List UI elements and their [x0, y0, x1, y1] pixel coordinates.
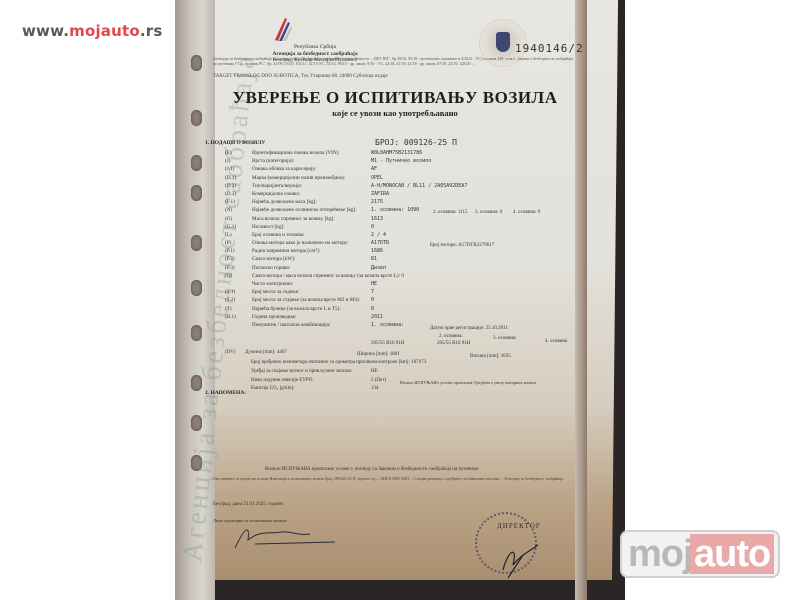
field-label: Највеће дозвољено осовинско оптерећење [… — [252, 207, 357, 213]
field-value: 0 — [371, 224, 374, 230]
punch-hole — [191, 110, 202, 126]
field-code: (T) — [225, 306, 251, 312]
vehicle-data-row: (G.1)Носивост [kg]:0 — [225, 224, 585, 232]
vehicle-data-row: (D.2)Тип/варијанта/верзија:A-H/MONOCAB /… — [225, 183, 585, 191]
field-label: Марка (комерцијални назив произвођача): — [252, 175, 345, 181]
field-value: 2 / 4 — [371, 232, 386, 238]
section-vehicle-data-heading: 1. ПОДАЦИ О ВОЗИЛУ — [205, 140, 265, 146]
field-label: Снага мотора / маса возила спремног за в… — [252, 273, 404, 279]
field-label: Носивост [kg]: — [252, 224, 285, 230]
field-code: (N) — [225, 207, 251, 213]
field-value: M1 - Путничко возило — [371, 158, 431, 164]
field-code: (S.2) — [225, 297, 251, 303]
field-value: 0 — [371, 306, 374, 312]
tyre-axle-1: 205/55 R16 91H — [371, 341, 404, 346]
axle-4-load: 4. осовина: 0 — [513, 210, 540, 215]
vehicle-data-row: (Q)Снага мотора / маса возила спремног з… — [225, 273, 585, 281]
field-label: Највећа брзина (за возила врсте L и T5): — [252, 306, 341, 312]
issue-date: Београд, дана 21.01.2025. године. — [213, 502, 284, 507]
field-label: Комерцијална ознака: — [252, 191, 300, 197]
field-code: (G) — [225, 216, 251, 222]
field-label: Година производње: — [252, 314, 297, 320]
odometer-reading: Број пређених километара очитаних са одо… — [251, 360, 426, 365]
vehicle-data-row: (P.1)Радна запремина мотора [cm³]:1686 — [225, 248, 585, 256]
field-code: (J.1) — [225, 166, 251, 172]
field-code: (Q) — [225, 273, 251, 279]
field-value: A17DTR — [371, 240, 389, 246]
import-conformity-note: Возило ИСПУЊАВА услове прописане Уредбом… — [400, 380, 536, 385]
vehicle-data-row: (P.2)Снага мотора [kW]:81 — [225, 256, 585, 264]
field-code: (D.2) — [225, 183, 251, 189]
field-label: Тип/варијанта/верзија: — [252, 183, 302, 189]
vehicle-data-row: (T)Највећа брзина (за возила врсте L и T… — [225, 306, 585, 314]
punch-hole — [191, 55, 202, 71]
field-label: Идентификациона ознака возила (VIN): — [252, 150, 340, 156]
field-label: Број места за стајање (за возила врсте M… — [252, 297, 360, 303]
punch-hole — [191, 185, 202, 201]
vehicle-data-row: (J.1)Ознака облика за каросерију:AF — [225, 166, 585, 174]
field-value: НЕ — [371, 281, 377, 287]
field-label: Ознака мотора како је назначено на мотор… — [252, 240, 349, 246]
co2-label: Емисија CO₂ [g/km]: — [251, 386, 295, 391]
vehicle-data-row: (P.3)Погонско гориво:Дизел — [225, 265, 585, 273]
document-photo: Агенција за безбедност саобраћаја Републ… — [175, 0, 625, 600]
field-value: 1. осовина: 1090 — [371, 207, 419, 213]
engine-number: Број мотора: A17DTR2279617 — [430, 243, 494, 248]
field-value: 2011 — [371, 314, 383, 320]
field-code: (J) — [225, 158, 251, 164]
tow-device-value: НЕ — [371, 369, 378, 374]
field-value: Дизел — [371, 265, 386, 271]
certificate-title: УВЕРЕЊЕ О ИСПИТИВАЊУ ВОЗИЛА — [215, 88, 575, 108]
field-value: 2175 — [371, 199, 383, 205]
vehicle-data-row: (B.1)Година производње:2011 — [225, 314, 585, 322]
field-code: (P.3) — [225, 265, 251, 271]
field-value: ZAFIRA — [371, 191, 389, 197]
site-url-watermark: www.mojauto.rs — [22, 22, 163, 40]
field-value: 7 — [371, 289, 374, 295]
tyre-axle-2: 205/55 R16 91H — [437, 341, 470, 346]
field-code: (D.1) — [225, 175, 251, 181]
vehicle-length: Дужина [mm]: 4467 — [245, 350, 287, 355]
field-value: 0 — [371, 297, 374, 303]
legal-basis-text: Агенција за безбедност саобраћаја на осн… — [213, 56, 577, 66]
field-code: (F.1) — [225, 199, 251, 205]
dimensions-code: (DV) — [225, 350, 236, 355]
punch-hole — [191, 280, 202, 296]
vehicle-data-row: (G)Маса возила спремног за вожњу [kg]:16… — [225, 216, 585, 224]
axle-2-load: 2. осовина: 1115 — [433, 210, 468, 215]
tow-device-label: Уређај за спајање вучног и прикључног во… — [251, 369, 352, 374]
tyre-axle-3-label: 3. осовина: — [493, 336, 517, 341]
field-code: (L) — [225, 232, 251, 238]
field-code: (G.1) — [225, 224, 251, 230]
certificate-subtitle: које се увози као употребљавано — [215, 108, 575, 118]
field-label: Врста (категорија): — [252, 158, 294, 164]
signature-icon — [230, 522, 340, 552]
punch-hole — [191, 155, 202, 171]
agency-logo-icon — [271, 16, 293, 42]
vehicle-height: Висина [mm]: 1635 — [470, 354, 511, 359]
field-label: Снага мотора [kW]: — [252, 256, 295, 262]
footer-legal-text: Ово уверење се издаје на основу Извештај… — [213, 476, 573, 481]
field-value: 1. осовина: — [371, 322, 404, 328]
field-label: Највећа дозвољена маса [kg]: — [252, 199, 317, 205]
field-label: Радна запремина мотора [cm³]: — [252, 248, 320, 254]
serial-number: 1940146/2 — [515, 42, 584, 55]
vehicle-data-row: (D.3)Комерцијална ознака:ZAFIRA — [225, 191, 585, 199]
director-label: ДИРЕКТОР — [497, 522, 541, 530]
vehicle-data-row: (P)Ознака мотора како је назначено на мо… — [225, 240, 585, 248]
field-value: 1686 — [371, 248, 383, 254]
first-registration-date: Датум прве регистрације: 25.10.2011 — [430, 326, 508, 331]
vehicle-data-row: (S.2)Број места за стајање (за возила вр… — [225, 297, 585, 305]
section-notes-heading: 2. НАПОМЕНА: — [205, 390, 246, 396]
field-label: Број осовина и точкова: — [252, 232, 304, 238]
field-label: Ознака облика за каросерију: — [252, 166, 317, 172]
field-code: (B.1) — [225, 314, 251, 320]
euro-emission-label: Ниво издувне емисије ЕУРО: — [251, 378, 314, 383]
axle-3-load: 3. осовина: 0 — [475, 210, 502, 215]
field-value: W0L0AHM75B2131786 — [371, 150, 422, 156]
issuing-company: TARGET TRANSLOG DOO SUBOTICA, Тук Утарни… — [213, 74, 388, 79]
field-value: AF — [371, 166, 377, 172]
field-label: Маса возила спремног за вожњу [kg]: — [252, 216, 335, 222]
tyre-axle-2-label: 2. осовина: — [439, 334, 463, 339]
field-code: (P.1) — [225, 248, 251, 254]
co2-value: 134 — [371, 386, 379, 391]
field-value: A-H/MONOCAB / BL11 / 2A05A92DEA7 — [371, 183, 467, 189]
field-code: (P.2) — [225, 256, 251, 262]
coat-of-arms-icon — [496, 32, 510, 52]
vehicle-data-row: (E)Идентификациона ознака возила (VIN):W… — [225, 150, 585, 158]
certificate-number: БРОЈ: 009126-25 П — [375, 138, 457, 147]
punch-hole — [191, 235, 202, 251]
field-value: 81 — [371, 256, 377, 262]
euro-emission-value: 5 (Пет) — [371, 378, 386, 383]
field-label: Чисто електрично: — [252, 281, 293, 287]
vehicle-data-row: Чисто електрично:НЕ — [225, 281, 585, 289]
field-code: (D.3) — [225, 191, 251, 197]
field-code: (E) — [225, 150, 251, 156]
director-signature-icon — [493, 540, 543, 580]
field-value: 1613 — [371, 216, 383, 222]
vehicle-data-table: (E)Идентификациона ознака возила (VIN):W… — [225, 150, 585, 330]
vehicle-data-row: (L)Број осовина и точкова:2 / 4 — [225, 232, 585, 240]
field-value: OPEL — [371, 175, 383, 181]
field-label: Број места за седење: — [252, 289, 300, 295]
vehicle-data-row: Пнеуматик / наплатак комбинација:1. осов… — [225, 322, 585, 330]
field-code: (S.1) — [225, 289, 251, 295]
mojauto-logo: moj auto — [620, 530, 780, 578]
compliance-statement: Возило ИСПУЊАВА прописане услове у погле… — [265, 467, 478, 472]
tyre-axle-4-label: 4. осовина — [545, 339, 567, 344]
vehicle-data-row: (D.1)Марка (комерцијални назив произвођа… — [225, 175, 585, 183]
field-label: Пнеуматик / наплатак комбинација: — [252, 322, 331, 328]
field-code: (P) — [225, 240, 251, 246]
vehicle-width: Ширина [mm]: 1801 — [357, 352, 400, 357]
field-label: Погонско гориво: — [252, 265, 291, 271]
